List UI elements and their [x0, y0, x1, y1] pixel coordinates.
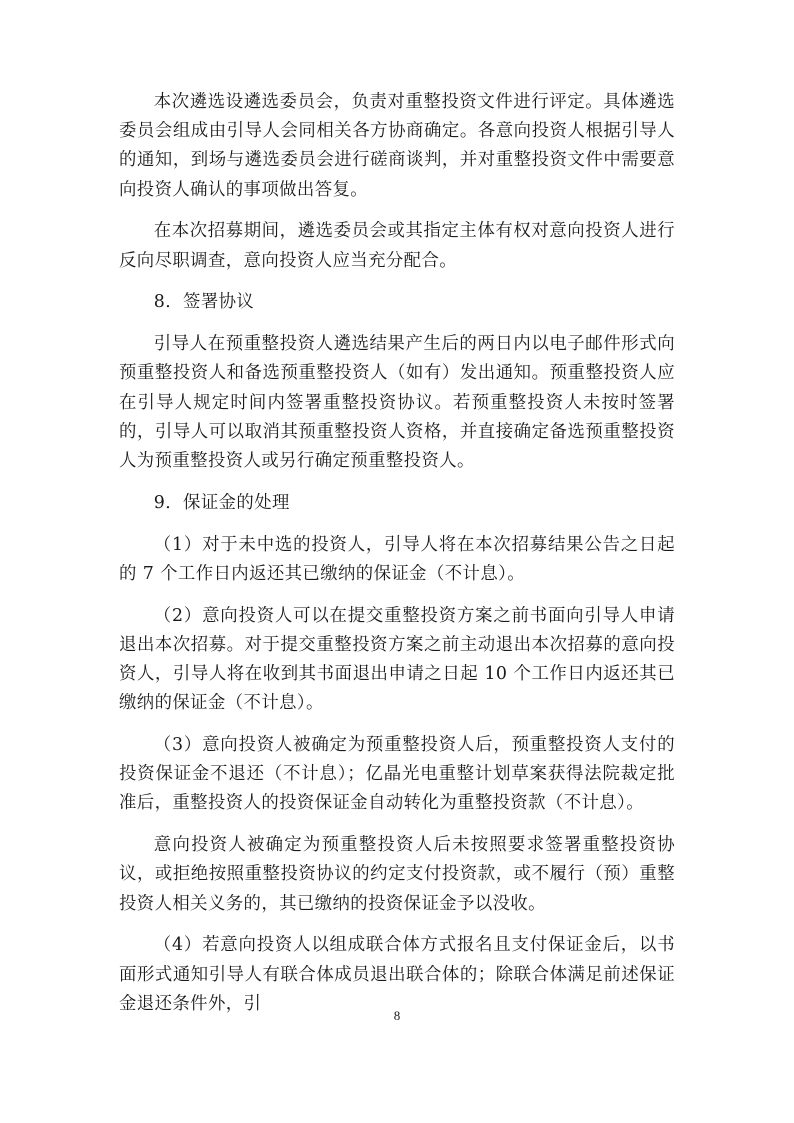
- section-heading-deposit-handling: 9．保证金的处理: [119, 489, 675, 518]
- paragraph-selection-committee: 本次遴选设遴选委员会，负责对重整投资文件进行评定。具体遴选委员会组成由引导人会同…: [119, 88, 675, 205]
- paragraph-deposit-forfeiture: 意向投资人被确定为预重整投资人后未按照要求签署重整投资协议，或拒绝按照重整投资协…: [119, 831, 675, 919]
- paragraph-deposit-item-2: （2）意向投资人可以在提交重整投资方案之前书面向引导人申请退出本次招募。对于提交…: [119, 602, 675, 719]
- paragraph-deposit-item-3: （3）意向投资人被确定为预重整投资人后，预重整投资人支付的投资保证金不退还（不计…: [119, 731, 675, 819]
- paragraph-sign-agreement: 引导人在预重整投资人遴选结果产生后的两日内以电子邮件形式向预重整投资人和备选预重…: [119, 330, 675, 476]
- paragraph-due-diligence: 在本次招募期间，遴选委员会或其指定主体有权对意向投资人进行反向尽职调查，意向投资…: [119, 217, 675, 275]
- section-heading-sign-agreement: 8．签署协议: [119, 288, 675, 317]
- paragraph-deposit-item-1: （1）对于未中选的投资人，引导人将在本次招募结果公告之日起的 7 个工作日内返还…: [119, 531, 675, 589]
- document-page: 本次遴选设遴选委员会，负责对重整投资文件进行评定。具体遴选委员会组成由引导人会同…: [119, 88, 675, 1032]
- paragraph-deposit-item-4: （4）若意向投资人以组成联合体方式报名且支付保证金后，以书面形式通知引导人有联合…: [119, 931, 675, 1019]
- page-number: 8: [0, 1008, 794, 1024]
